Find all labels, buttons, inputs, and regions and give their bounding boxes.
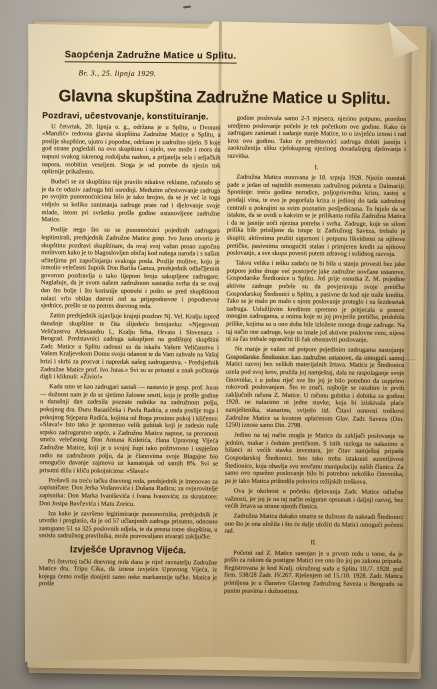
body-paragraph: Jedino na taj način mogla je Matica da z… (225, 432, 404, 487)
section-numeral-2: II. (224, 539, 403, 548)
issue-line: Br. 3., 25. lipnja 1929. (79, 68, 407, 80)
page-content: Saopćenja Zadružne Matice u Splitu. Br. … (22, 18, 419, 599)
body-paragraph: Iza kako je završeno legitimiranje punom… (39, 510, 218, 542)
body-paragraph: Budući se za skupštinu nije pravilo nika… (41, 178, 220, 225)
body-paragraph: Početni rad Z. Matice sastojao je u prvo… (224, 549, 403, 596)
right-column: godine poslovala samo 2-3 mjeseca, njezi… (224, 114, 406, 599)
section-heading: Izvješće Upravnog Vijeća. (39, 546, 218, 555)
body-paragraph: Zadružna Matica osnovana je 18. srpnja 1… (227, 174, 406, 259)
body-paragraph: U četvrtak, 20. lipnja o. g., održana je… (42, 123, 221, 178)
left-column: Pozdravi, učestvovanje, konstituiranje. … (38, 112, 220, 597)
body-paragraph: Ne manje je važno od potpore pojedinim z… (225, 346, 404, 431)
article-columns: Pozdravi, učestvovanje, konstituiranje. … (38, 112, 406, 598)
body-paragraph: Prešavši na treću tačku dnevnog reda, pr… (39, 477, 218, 509)
headline: Glavna skupština Zadružne Matice u Split… (42, 87, 406, 109)
body-paragraph: Zatim predsjednik izjavljuje krajnji poz… (40, 312, 219, 382)
body-paragraph: godine poslovala samo 2-3 mjeseca, njezi… (227, 115, 406, 162)
body-paragraph: Pri četvrtoj tački dnevnog reda dana je … (39, 558, 218, 590)
body-paragraph: Kada smo se kao zadrugari sastali — nast… (39, 383, 218, 476)
body-paragraph: Ova je okolnost u početku djelovanja Zad… (225, 487, 404, 511)
bulletin-page: Saopćenja Zadružne Matice u Splitu. Br. … (22, 18, 419, 666)
subheading: Pozdravi, učestvovanje, konstituiranje. (42, 112, 221, 121)
section-numeral-1: I. (227, 163, 406, 172)
masthead-title: Saopćenja Zadružne Matice u Splitu. (65, 49, 237, 63)
body-paragraph: Poslije nego što su se punomoćnici pojed… (41, 226, 220, 311)
body-paragraph: Takvu veliku i tešku zadaću ne bi bila u… (226, 260, 405, 345)
background-mark (183, 5, 191, 8)
body-paragraph: Zadružna Matica dakako smatra se dužnom … (224, 513, 403, 537)
